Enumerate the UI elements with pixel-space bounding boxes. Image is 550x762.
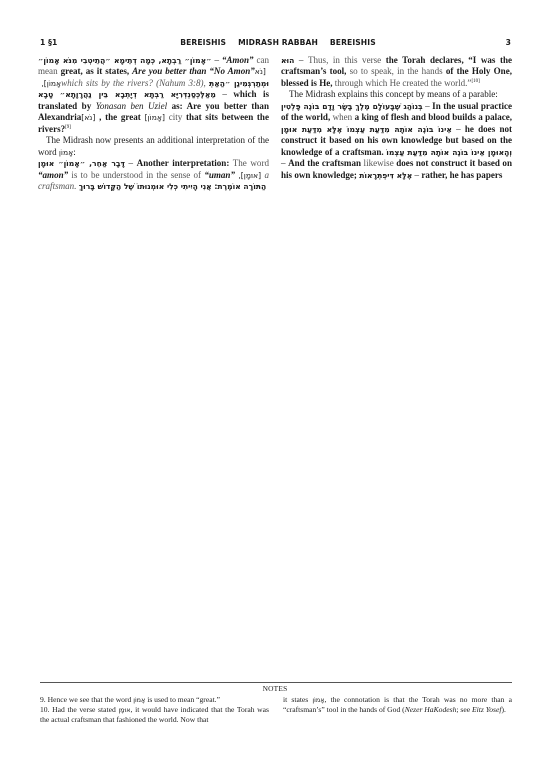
footnote-ref-10[interactable]: [10] — [471, 79, 479, 84]
running-head: 1 §1 BEREISHISMIDRASH RABBAHBEREISHIS 3 — [40, 38, 516, 50]
notes-left-column: 9. Hence we see that the word אָמוֹן is … — [40, 695, 269, 725]
paragraph-amon-craftsman: דָּבָר אַחֵר, ״אָמוֹן״ אוּמָן – Another … — [38, 158, 269, 192]
hebrew-lemma: דָּבָר אַחֵר, ״אָמוֹן״ אוּמָן — [38, 159, 125, 168]
notes-heading: NOTES — [0, 684, 550, 693]
hebrew-lemma: בְּנוֹהַג שֶׁבָּעוֹלָם מֶלֶךְ בָּשָׂר וָ… — [281, 102, 423, 111]
book-title-right: BEREISHIS — [330, 38, 376, 47]
notes-right-column: it states אָמוֹן, the connotation is tha… — [283, 695, 512, 715]
paragraph-torah-declares: הוּא – Thus, in this verse the Torah dec… — [281, 55, 512, 89]
note-10-continued: it states אָמוֹן, the connotation is tha… — [283, 695, 512, 715]
book-title-left: BEREISHIS — [180, 38, 226, 47]
paragraph-parable-intro: The Midrash explains this concept by mea… — [281, 89, 512, 100]
note-10: 10. Had the verse stated אוּמָן, it woul… — [40, 705, 269, 725]
paragraph-parable: בְּנוֹהַג שֶׁבָּעוֹלָם מֶלֶךְ בָּשָׂר וָ… — [281, 101, 512, 181]
book-title-main: MIDRASH RABBAH — [238, 38, 318, 47]
hebrew-lemma: ״אָמוֹן״ רַבְתָא, כְּמָה דְתֵימָא ״הֲתֵי… — [38, 56, 212, 65]
note-9: 9. Hence we see that the word אָמוֹן is … — [40, 695, 269, 705]
right-column: הוּא – Thus, in this verse the Torah dec… — [281, 55, 512, 181]
notes-divider — [40, 682, 512, 683]
book-title: BEREISHISMIDRASH RABBAHBEREISHIS — [40, 38, 516, 47]
hebrew-lemma: הוּא — [281, 56, 294, 65]
paragraph-amon-great: ״אָמוֹן״ רַבְתָא, כְּמָה דְתֵימָא ״הֲתֵי… — [38, 55, 269, 135]
footnote-ref-9[interactable]: [9] — [65, 125, 71, 130]
paragraph-additional-interpretation: The Midrash now presents an additional i… — [38, 135, 269, 158]
left-column: ״אָמוֹן״ רַבְתָא, כְּמָה דְתֵימָא ״הֲתֵי… — [38, 55, 269, 192]
page-number: 3 — [506, 38, 511, 47]
